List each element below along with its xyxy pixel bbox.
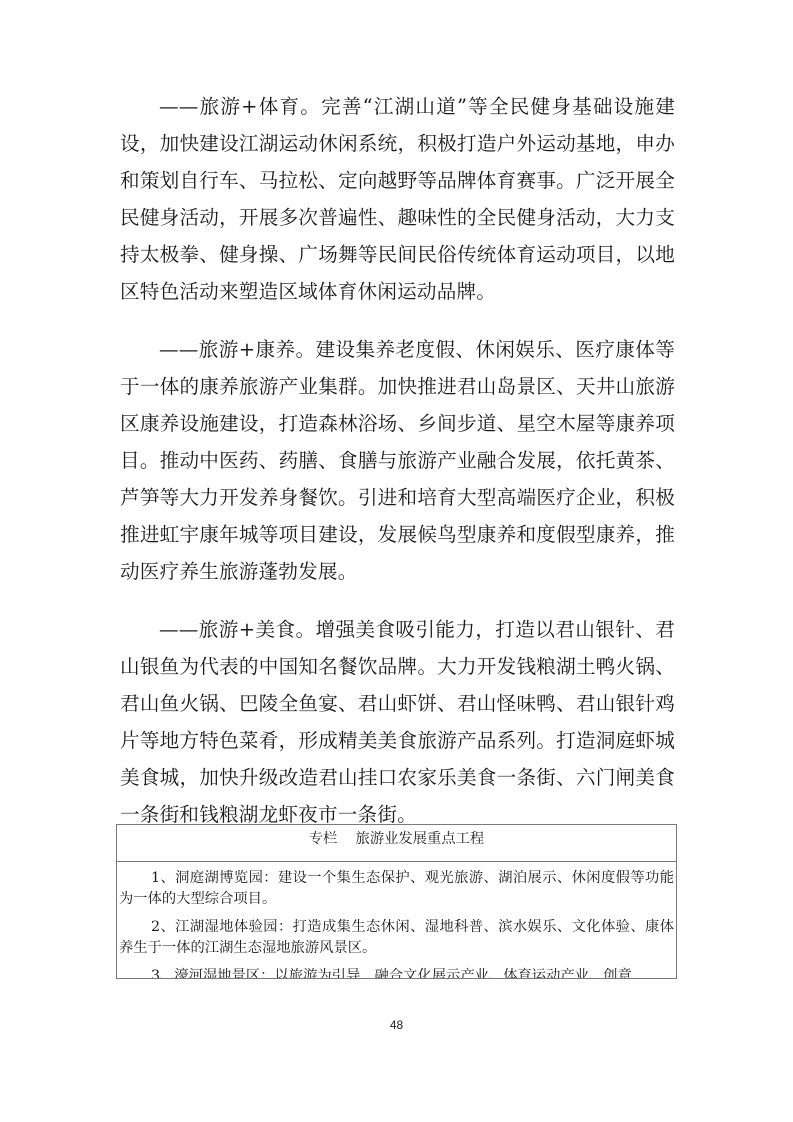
document-body: ——旅游+体育。完善“江湖山道”等全民健身基础设施建设，加快建设江湖运动休闲系统… <box>120 88 675 833</box>
column-box-title: 专栏 旅游业发展重点工程 <box>117 825 676 862</box>
page-number: 48 <box>0 1018 793 1032</box>
project-item-jianghu-wetland-park: 2、江湖湿地体验园：打造成集生态休闲、湿地科普、滨水娱乐、文化体验、康体养生于一… <box>117 917 676 959</box>
paragraph-tourism-food: ——旅游+美食。增强美食吸引能力，打造以君山银针、君山银鱼为代表的中国知名餐饮品… <box>120 611 675 833</box>
key-projects-column-box: 专栏 旅游业发展重点工程 1、洞庭湖博览园：建设一个集生态保护、观光旅游、湖泊展… <box>116 824 677 979</box>
paragraph-tourism-sports: ——旅游+体育。完善“江湖山道”等全民健身基础设施建设，加快建设江湖运动休闲系统… <box>120 88 675 310</box>
project-item-dongting-expo-park: 1、洞庭湖博览园：建设一个集生态保护、观光旅游、湖泊展示、休闲度假等功能为一体的… <box>117 868 676 910</box>
paragraph-tourism-wellness: ——旅游+康养。建设集养老度假、休闲娱乐、医疗康体等于一体的康养旅游产业集群。加… <box>120 331 675 590</box>
project-item-haohe-wetland-scenic: 3、濠河湿地景区：以旅游为引导，融合文化展示产业、体育运动产业、创意 <box>117 966 676 979</box>
